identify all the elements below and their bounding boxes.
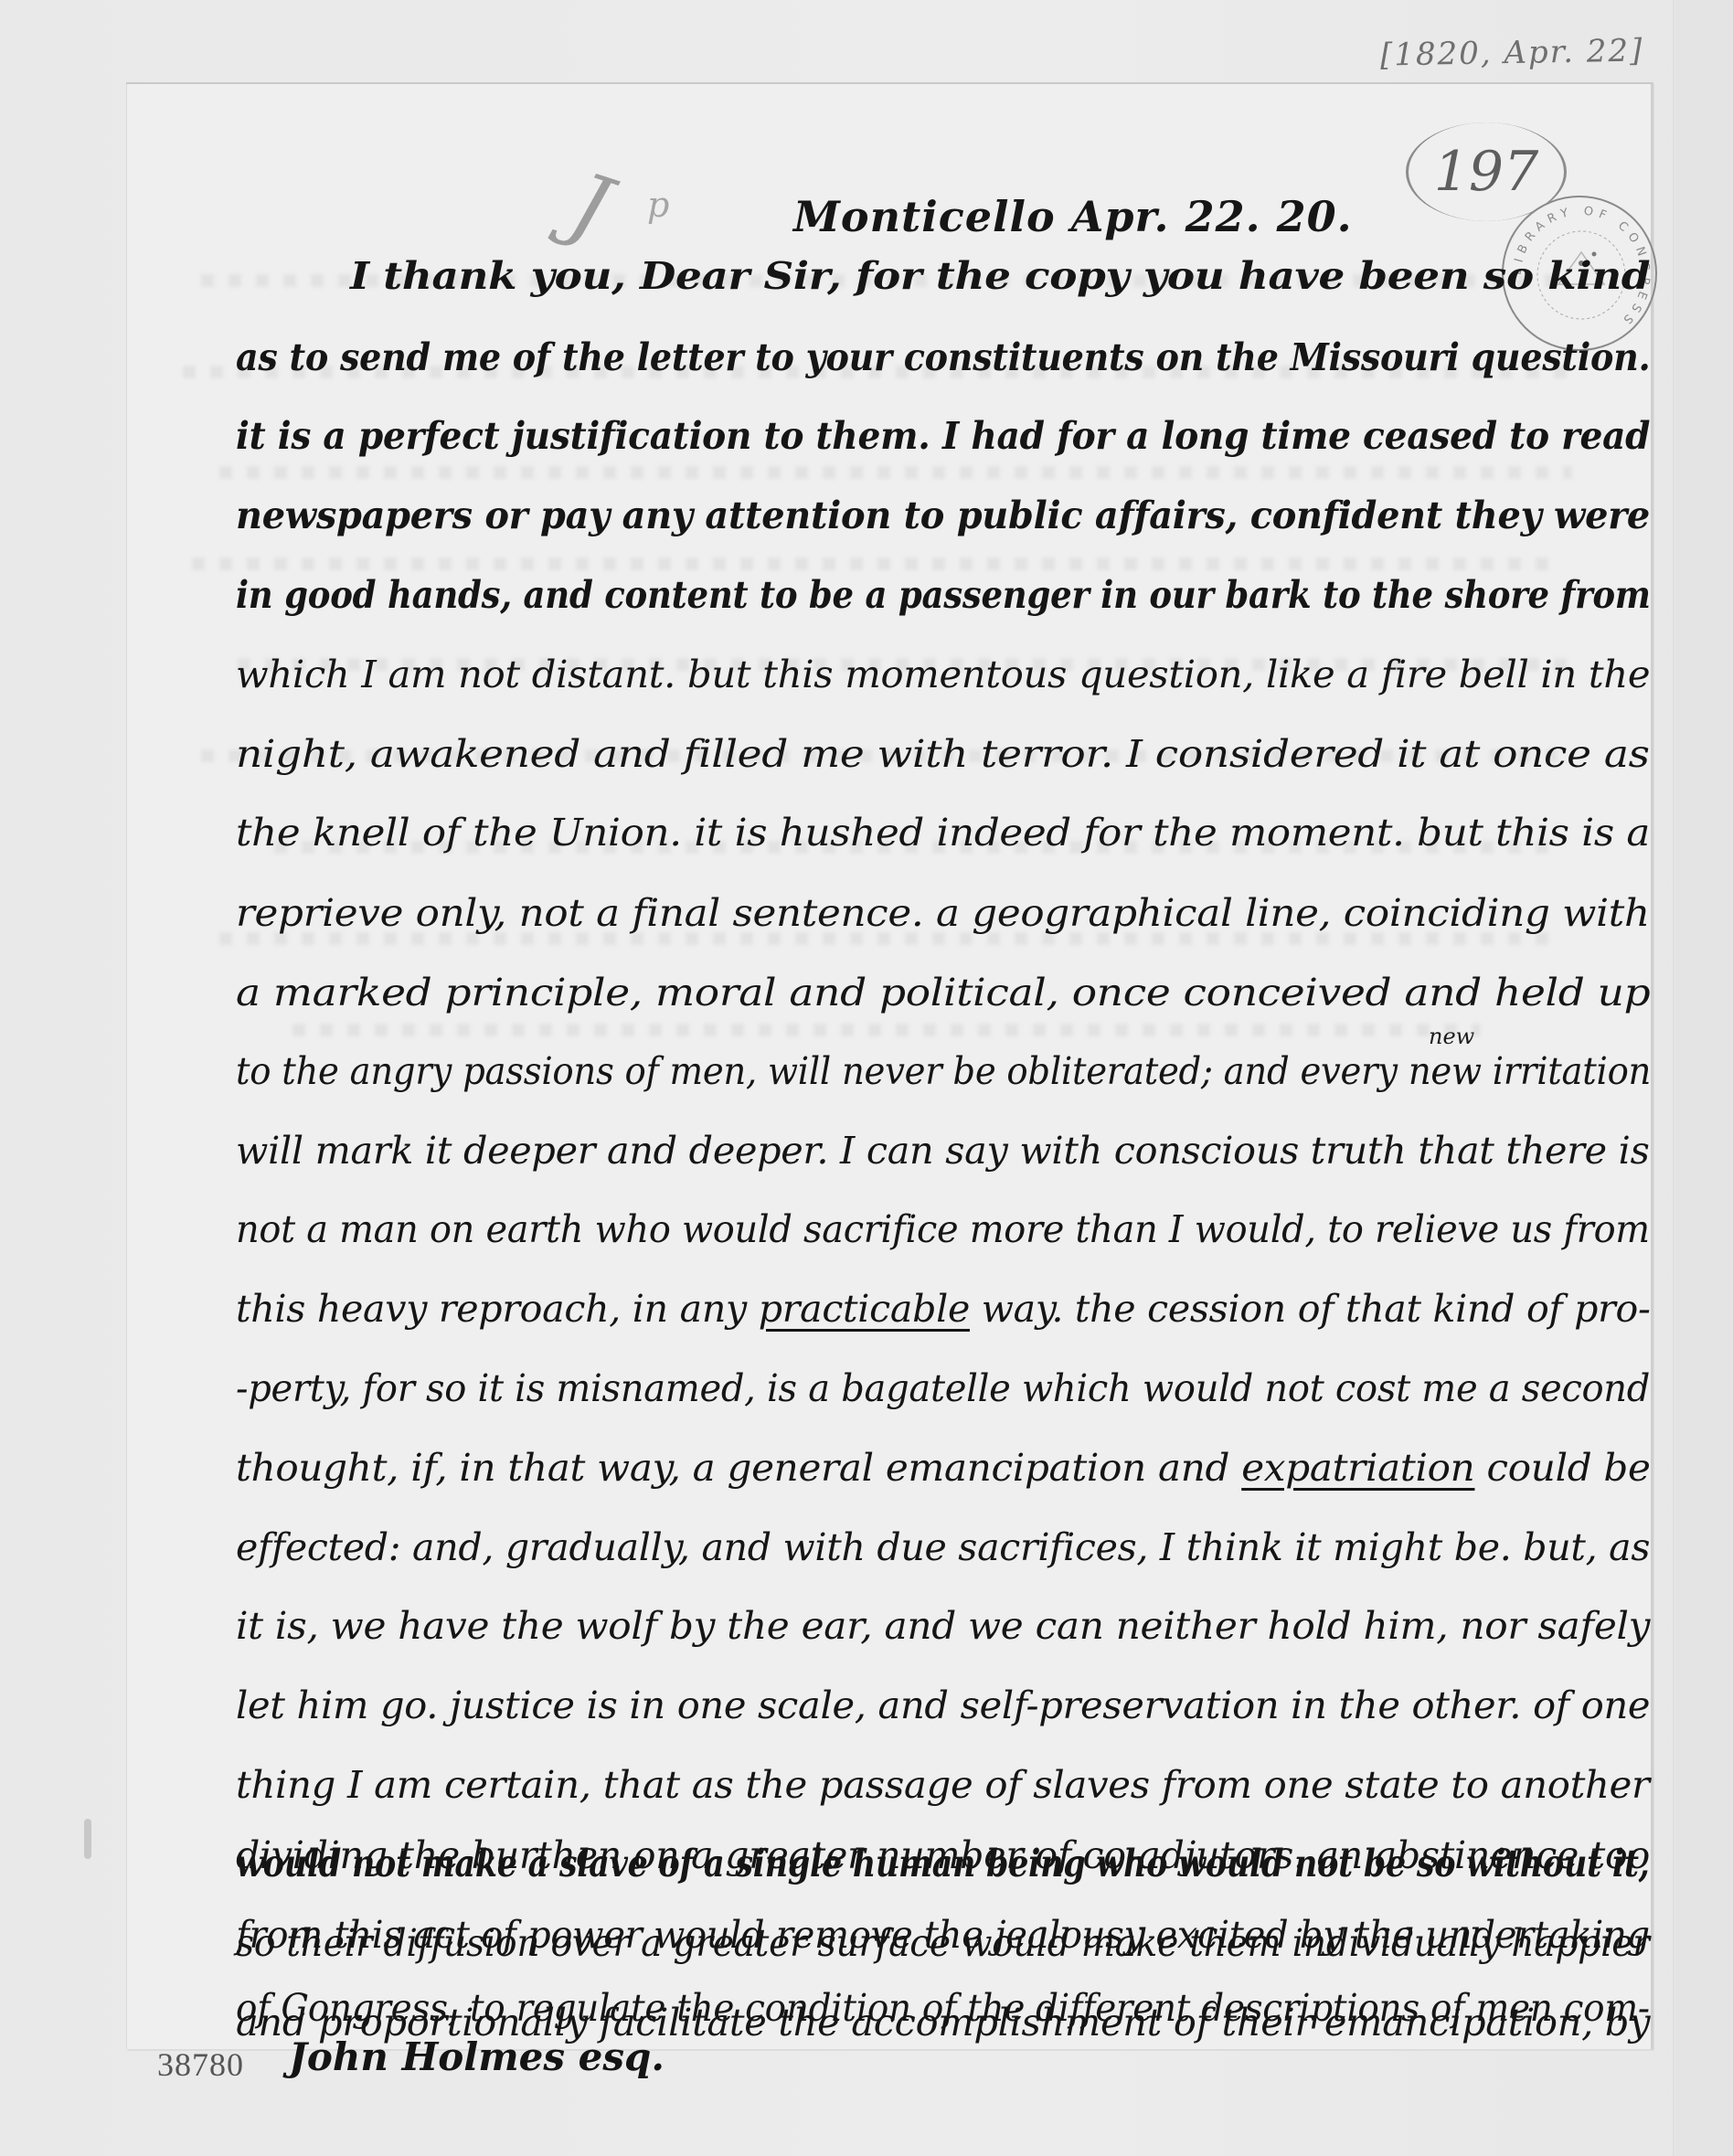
page-edge [126,84,127,2049]
letter-line: dividing the burthen on a greater number… [236,1833,1650,1877]
line-segment: this heavy reproach, in any practicable … [236,1287,1651,1331]
letter-line: not a man on earth who would sacrifice m… [236,1207,1650,1251]
letter-line: as to send me of the letter to your cons… [236,335,1650,379]
letter-line: in good hands, and content to be a passe… [236,573,1651,617]
filing-mark-initial: J [559,154,622,258]
letter-line: effected: and, gradually, and with due s… [236,1525,1650,1569]
filing-mark-suffix: p [647,185,669,225]
folio-number-text: 197 [1434,140,1539,204]
letter-line: which I am not distant. but this momento… [236,653,1650,696]
catalog-number: 38780 [157,2045,244,2084]
letter-line: this heavy reproach, in any practicable … [236,1287,1651,1331]
letter-line: a marked principle, moral and political,… [236,971,1650,1014]
letter-line: it is a perfect justification to them. I… [236,414,1650,458]
letter-line: I thank you, Dear Sir, for the copy you … [350,254,1650,298]
addressee: John Holmes esq. [289,2034,664,2079]
letter-line: it is, we have the wolf by the ear, and … [236,1604,1650,1648]
margin-mark [84,1819,91,1859]
letter-line: let him go. justice is in one scale, and… [236,1683,1650,1727]
letter-line: night, awakened and filled me with terro… [236,732,1650,776]
underlined-word: expatriation [1241,1446,1474,1490]
letter-line: from this act of power would remove the … [236,1913,1650,1957]
underlined-word: practicable [759,1287,970,1331]
letter-line: to the angry passions of men, will never… [236,1049,1651,1093]
letter-line: -perty, for so it is misnamed, is a baga… [236,1366,1650,1410]
letter-line: thing I am certain, that as the passage … [236,1763,1650,1807]
letter-line: of Congress, to regulate the condition o… [236,1986,1650,2030]
letter-line: thought, if, in that way, a general eman… [236,1446,1651,1490]
letter-line: the knell of the Union. it is hushed ind… [236,811,1650,855]
letter-line: reprieve only, not a final sentence. a g… [236,891,1650,935]
letter-line: will mark it deeper and deeper. I can sa… [236,1129,1649,1173]
letter-dateline: Monticello Apr. 22. 20. [793,192,1353,241]
scanner-margin [1673,0,1733,2156]
archival-date-note: [1820, Apr. 22] [1380,32,1644,73]
letter-line: newspapers or pay any attention to publi… [236,494,1650,537]
interlinear-insertion: new [1429,1024,1474,1049]
